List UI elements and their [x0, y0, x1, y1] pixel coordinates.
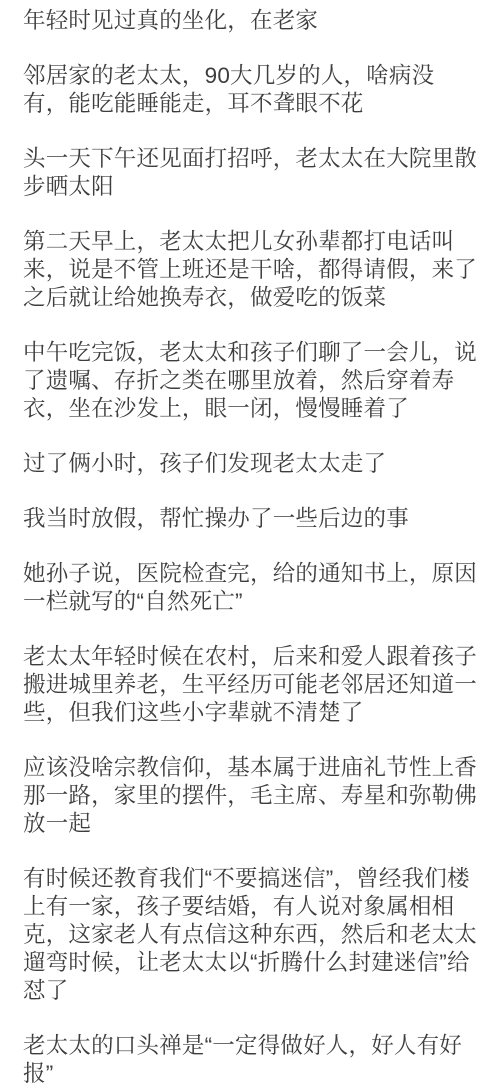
paragraph: 她孙子说，医院检查完，给的通知书上，原因一栏就写的“自然死亡”: [23, 560, 478, 616]
paragraph: 邻居家的老太太，90大几岁的人，啥病没有，能吃能睡能走，耳不聋眼不花: [23, 62, 478, 118]
text-post-screenshot: 年轻时见过真的坐化，在老家 邻居家的老太太，90大几岁的人，啥病没有，能吃能睡能…: [0, 0, 500, 1084]
paragraph: 过了俩小时，孩子们发现老太太走了: [23, 450, 478, 478]
article-body: 年轻时见过真的坐化，在老家 邻居家的老太太，90大几岁的人，啥病没有，能吃能睡能…: [0, 0, 500, 1084]
paragraph: 我当时放假，帮忙操办了一些后边的事: [23, 505, 478, 533]
paragraph: 中午吃完饭，老太太和孩子们聊了一会儿，说了遗嘱、存折之类在哪里放着，然后穿着寿衣…: [23, 339, 478, 423]
paragraph: 第二天早上，老太太把儿女孙辈都打电话叫来，说是不管上班还是干啥，都得请假，来了之…: [23, 228, 478, 312]
paragraph: 有时候还教育我们“不要搞迷信”，曾经我们楼上有一家，孩子要结婚，有人说对象属相相…: [23, 865, 478, 1005]
paragraph: 老太太的口头禅是“一定得做好人，好人有好报”: [23, 1032, 478, 1084]
paragraph: 头一天下午还见面打招呼，老太太在大院里散步晒太阳: [23, 145, 478, 201]
paragraph: 年轻时见过真的坐化，在老家: [23, 7, 478, 35]
paragraph: 应该没啥宗教信仰，基本属于进庙礼节性上香那一路，家里的摆件，毛主席、寿星和弥勒佛…: [23, 754, 478, 838]
paragraph: 老太太年轻时候在农村，后来和爱人跟着孩子搬进城里养老，生平经历可能老邻居还知道一…: [23, 643, 478, 727]
